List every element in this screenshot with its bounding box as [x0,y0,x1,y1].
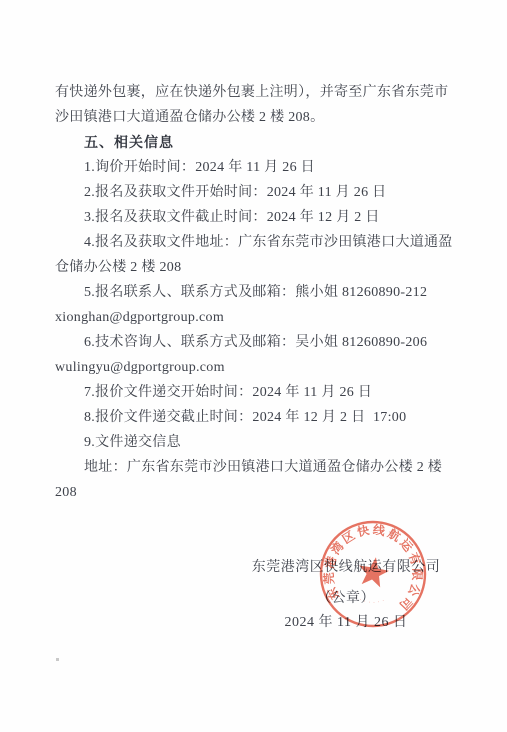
document-line: 3.报名及获取文件截止时间：2024 年 12 月 2 日 [55,205,457,230]
scanned-document-page: 有快递外包裹，应在快递外包裹上注明），并寄至广东省东莞市沙田镇港口大道通盈仓储办… [0,0,507,732]
document-line: 地址：广东省东莞市沙田镇港口大道通盈仓储办公楼 2 楼 [55,455,457,480]
document-line: 6.技术咨询人、联系方式及邮箱：吴小姐 81260890-206 [55,330,457,355]
document-line: 2.报名及获取文件开始时间：2024 年 11 月 26 日 [55,180,457,205]
seal-graphic: 东莞港湾区快线航运有限公司 · · · · · · · · · · · · [309,510,436,637]
scan-artifact-speck [56,658,59,661]
document-line: 沙田镇港口大道通盈仓储办公楼 2 楼 208。 [55,105,457,130]
document-line: xionghan@dgportgroup.com [55,305,457,330]
document-line: 五、相关信息 [55,130,457,155]
document-line: wulingyu@dgportgroup.com [55,355,457,380]
document-line: 有快递外包裹，应在快递外包裹上注明），并寄至广东省东莞市 [55,80,457,105]
company-seal-stamp: 东莞港湾区快线航运有限公司 · · · · · · · · · · · · [309,510,436,637]
document-line: 5.报名联系人、联系方式及邮箱：熊小姐 81260890-212 [55,280,457,305]
document-line: 9.文件递交信息 [55,430,457,455]
document-line: 仓储办公楼 2 楼 208 [55,255,457,280]
document-line: 4.报名及获取文件地址：广东省东莞市沙田镇港口大道通盈 [55,230,457,255]
document-line: 1.询价开始时间：2024 年 11 月 26 日 [55,155,457,180]
document-line: 7.报价文件递交开始时间：2024 年 11 月 26 日 [55,380,457,405]
document-body: 有快递外包裹，应在快递外包裹上注明），并寄至广东省东莞市沙田镇港口大道通盈仓储办… [55,80,457,505]
document-line: 8.报价文件递交截止时间：2024 年 12 月 2 日 17:00 [55,405,457,430]
seal-star-icon [356,555,391,589]
document-line: 208 [55,480,457,505]
